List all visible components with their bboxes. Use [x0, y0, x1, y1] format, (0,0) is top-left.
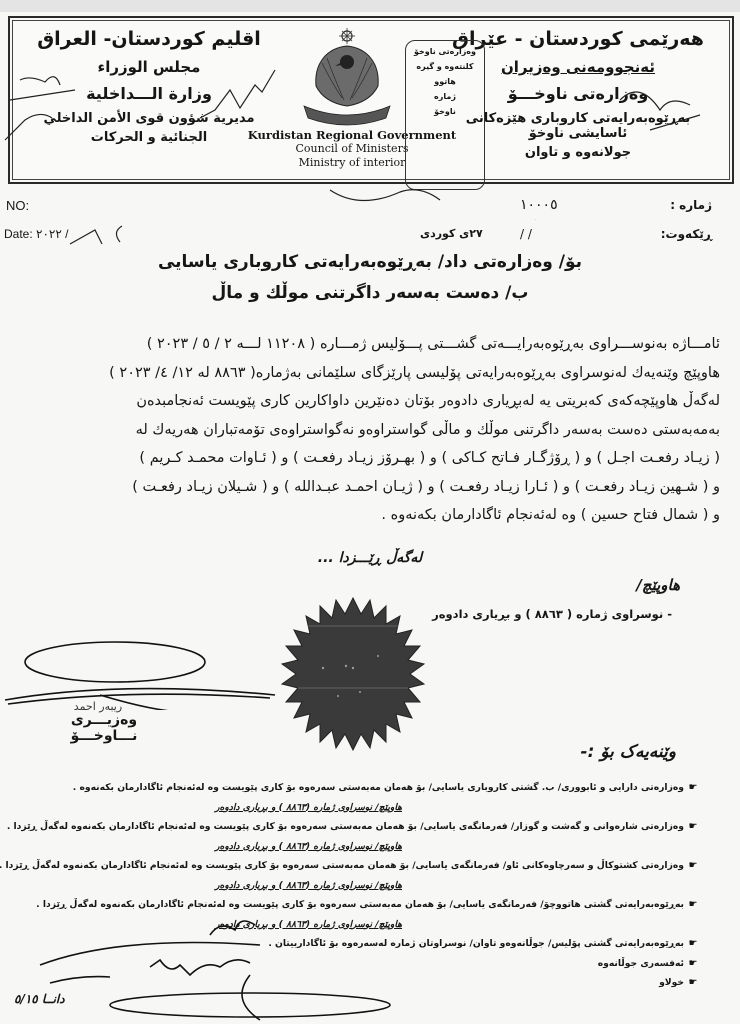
copy-attachment-note: هاوپێچ/ نوسراوی ژمارە (٨٨٦٣ ) و بڕیاری د… [0, 876, 702, 896]
copy-recipient: ☛ وەزارەتی دارایی و ئابووری/ ب. گشتی کار… [0, 778, 702, 798]
copies-list: ☛ وەزارەتی دارایی و ئابووری/ ب. گشتی کار… [0, 778, 702, 993]
signer-title: وەزیـــری نـــاوخـــۆ [44, 712, 164, 744]
reference-date-label-ku: ڕێکەوت: [661, 227, 712, 241]
body-line: و ( شمال فتاح حسین ) وە لەئەنجام ئاگادار… [20, 501, 720, 530]
arabic-department: الجنائية و الحركات [24, 130, 274, 145]
pointer-bullet-icon: ☛ [684, 934, 702, 954]
pointer-bullet-icon: ☛ [684, 817, 702, 837]
stamp-line-4: ژمارە [406, 92, 484, 101]
pointer-bullet-icon: ☛ [684, 778, 702, 798]
stamp-line-5: ناوخۆ [406, 107, 484, 116]
reference-number-label-en: NO: [6, 198, 29, 213]
initials-note: دانــا ٥/١٥ [14, 992, 65, 1006]
copy-recipient: ☛ وەزارەتی کشتوکاڵ و سەرچاوەکانی ئاو/ فە… [0, 856, 702, 876]
letter-body: ئامـــاژە بەنوســـراوی بەڕێوەبەرایـــەتی… [20, 330, 720, 530]
letterhead: اقليم كوردستان- العراق مجلس الوزراء وزار… [8, 16, 734, 184]
copy-recipient: ☛ وەزارەتی شارەوانی و گەشت و گوزار/ فەرم… [0, 817, 702, 837]
body-line: و ( شـهین زیـاد رفعـت ) و ( ئـارا زیـاد … [20, 473, 720, 502]
krg-eagle-emblem-icon [302, 28, 392, 128]
addressee: بۆ/ وەزارەتی داد/ بەڕێوەبەرایەتی کاروبار… [0, 252, 740, 272]
stamp-line-1: وەزارەتی ناوخۆ [406, 47, 484, 56]
pointer-bullet-icon: ☛ [684, 973, 702, 993]
copy-attachment-note: هاوپێچ/ نوسراوی ژمارە (٨٨٦٣ ) و بڕیاری د… [0, 837, 702, 857]
copy-attachment-note: هاوپێچ/ نوسراوی ژمارە (٨٨٦٣ ) و بڕیاری د… [0, 798, 702, 818]
pointer-bullet-icon: ☛ [684, 954, 702, 974]
body-line: لەگەڵ هاوپێچەکەی کەبریتی یە لەبڕیاری داد… [20, 387, 720, 416]
pointer-bullet-icon: ☛ [684, 856, 702, 876]
arabic-directorate: مديرية شؤون قوى الأمن الداخلي [24, 111, 274, 126]
arabic-council: مجلس الوزراء [24, 58, 274, 76]
reference-number-value: ١٠٠٠٥ [520, 197, 558, 213]
attachment-heading: هاوپێچ/ [636, 576, 680, 594]
subject-line: ب/ دەست بەسەر داگرتنی موڵك و ماڵ [0, 283, 740, 303]
reference-number-label-ku: ژمارە : [670, 198, 712, 212]
copy-recipient: ☛ ئەفسەری جوڵانەوە [0, 954, 702, 974]
body-line: ( زیـاد رفعـت اجـل ) و ( ڕۆژگـار فـاتح ک… [20, 444, 720, 473]
copy-recipient: ☛ خولاو [0, 973, 702, 993]
copy-attachment-note: هاوپێچ/ نوسراوی ژمارە (٨٨٦٣ ) و بڕیاری د… [0, 915, 702, 935]
body-line: ئامـــاژە بەنوســـراوی بەڕێوەبەرایـــەتی… [20, 330, 720, 359]
letterhead-arabic: اقليم كوردستان- العراق مجلس الوزراء وزار… [24, 28, 274, 145]
arabic-ministry: وزارة الـــداخلية [24, 84, 274, 103]
copy-recipient: ☛ بەڕێوەبەرایەتی گشتی پۆلیس/ جوڵانەوەو ت… [0, 934, 702, 954]
body-line: بەمەبەستی دەست بەسەر داگرتنی موڵك و ماڵی… [20, 416, 720, 445]
kurdish-calendar-year: ٢٧ی کوردی [420, 227, 483, 240]
arabic-region: اقليم كوردستان- العراق [24, 28, 274, 50]
stamp-line-2: کلنتەوە و گیرە [406, 62, 484, 71]
official-seal-icon [268, 596, 438, 752]
copies-heading: وێنەیەک بۆ :- [581, 742, 676, 762]
body-line: هاوپێچ وێنەیەك لەنوسراوی بەڕێوەبەرایەتی … [20, 359, 720, 388]
handwritten-date-icon [60, 222, 150, 252]
scan-top-edge [0, 0, 740, 12]
closing-regards: لەگەڵ ڕێـــزدا ... [270, 550, 470, 566]
copy-recipient: ☛ بەڕێوەبەرایەتی گشتی هاتووچۆ/ فەرمانگەی… [0, 895, 702, 915]
stamp-line-3: هاتوو [406, 77, 484, 86]
reference-date-label-en: Date: ٢٠٢٢ / [4, 227, 68, 241]
pointer-bullet-icon: ☛ [684, 895, 702, 915]
attachment-item: - نوسراوی ژمارە ( ٨٨٦٣ ) و بڕیاری دادوەر [432, 607, 672, 621]
incoming-stamp: وەزارەتی ناوخۆ کلنتەوە و گیرە هاتوو ژمار… [405, 40, 485, 190]
reference-date-slashes: / / [520, 227, 532, 241]
